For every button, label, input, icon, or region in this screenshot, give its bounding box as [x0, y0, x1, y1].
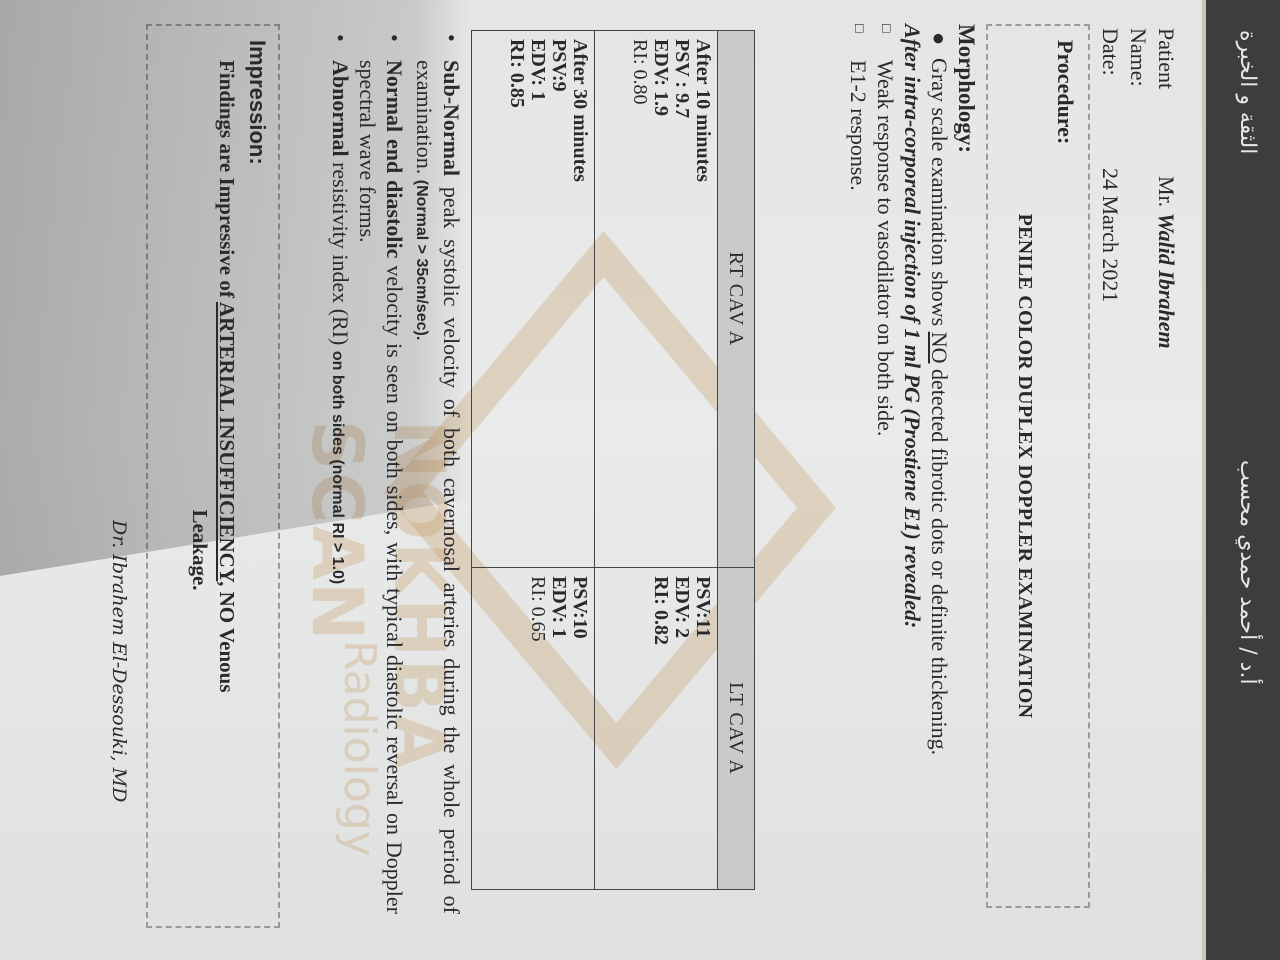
procedure-title: PENILE COLOR DUPLEX DOPPLER EXAMINATION: [1013, 26, 1036, 906]
bullet-icon: •: [324, 34, 354, 60]
table-cell-lt: PSV:11 EDV: 2 RI: 0.82: [595, 568, 718, 890]
letterhead-strip: الثقة و الخبرة أ.د / أحمد حمدي محسب: [1202, 0, 1280, 960]
finding-item: • Sub-Normal peak systolic velocity of b…: [408, 34, 465, 914]
morphology-text-pre: Gray scale examination shows: [927, 58, 952, 326]
bullet-icon: ●: [926, 32, 953, 58]
bullet-icon: •: [408, 34, 465, 60]
bullet-icon: •: [354, 34, 408, 60]
patient-prefix: Mr.: [1124, 176, 1180, 207]
morphology-text-post: detected fibrotic dots or definite thick…: [927, 369, 952, 755]
table-cell-lt: PSV:10 EDV: 1 RI: 0.65: [472, 568, 595, 890]
impression-heading: Impression:: [244, 40, 270, 165]
impression-diagnosis: ARTERIAL INSUFFICIENCY: [215, 302, 239, 581]
injection-item: □ Weak response to vasodilator on both s…: [872, 24, 899, 924]
date-label: Date:: [1096, 28, 1124, 138]
patient-info: Patient Name: Mr. Walid Ibrahem Date: 24…: [1096, 28, 1180, 349]
procedure-box: Procedure: PENILE COLOR DUPLEX DOPPLER E…: [986, 24, 1090, 908]
column-header-rt: RT CAV A: [718, 31, 755, 568]
table-cell-rt: After 10 minutes PSV : 9.7 EDV: 1.9 RI: …: [595, 31, 718, 568]
impression-text: Findings are Impressive of ARTERIAL INSU…: [186, 60, 240, 920]
morphology-bullet: ● Gray scale examination shows NO detect…: [926, 24, 953, 924]
table-row: After 10 minutes PSV : 9.7 EDV: 1.9 RI: …: [595, 31, 718, 890]
checkbox-square-icon: □: [845, 24, 872, 60]
letterhead-doctor: أ.د / أحمد حمدي محسب: [1235, 460, 1260, 685]
report-page: الثقة و الخبرة أ.د / أحمد حمدي محسب NOKH…: [0, 0, 1280, 960]
injection-heading: After intra-corporeal injection of 1 ml …: [899, 24, 926, 924]
letterhead-edge: [1202, 0, 1206, 960]
letterhead-slogan: الثقة و الخبرة: [1235, 30, 1260, 154]
morphology-no: NO: [927, 332, 952, 364]
injection-item: □ E1-2 response.: [845, 24, 872, 924]
morphology-section: Morphology: ● Gray scale examination sho…: [845, 24, 980, 924]
morphology-heading: Morphology:: [953, 24, 980, 924]
patient-name-label: Patient Name:: [1124, 28, 1180, 138]
doctor-signature: Dr. Ibrahem El-Dessouki, MD: [108, 520, 130, 802]
doppler-results-table: RT CAV A LT CAV A After 10 minutes PSV :…: [471, 30, 755, 890]
finding-item: • Abnormal resistivity index (RI) on bot…: [324, 34, 354, 914]
column-header-lt: LT CAV A: [718, 568, 755, 890]
impression-box: Impression: Findings are Impressive of A…: [146, 24, 280, 928]
checkbox-square-icon: □: [872, 24, 899, 60]
findings-list: • Sub-Normal peak systolic velocity of b…: [324, 34, 465, 914]
patient-name: Walid Ibrahem: [1124, 213, 1180, 349]
finding-item: • Normal end diastolic velocity is seen …: [354, 34, 408, 914]
procedure-label: Procedure:: [1052, 40, 1078, 144]
table-row: After 30 minutes PSV:9 EDV: 1 RI: 0.85 P…: [472, 31, 595, 890]
table-cell-rt: After 30 minutes PSV:9 EDV: 1 RI: 0.85: [472, 31, 595, 568]
exam-date: 24 March 2021: [1096, 168, 1124, 302]
